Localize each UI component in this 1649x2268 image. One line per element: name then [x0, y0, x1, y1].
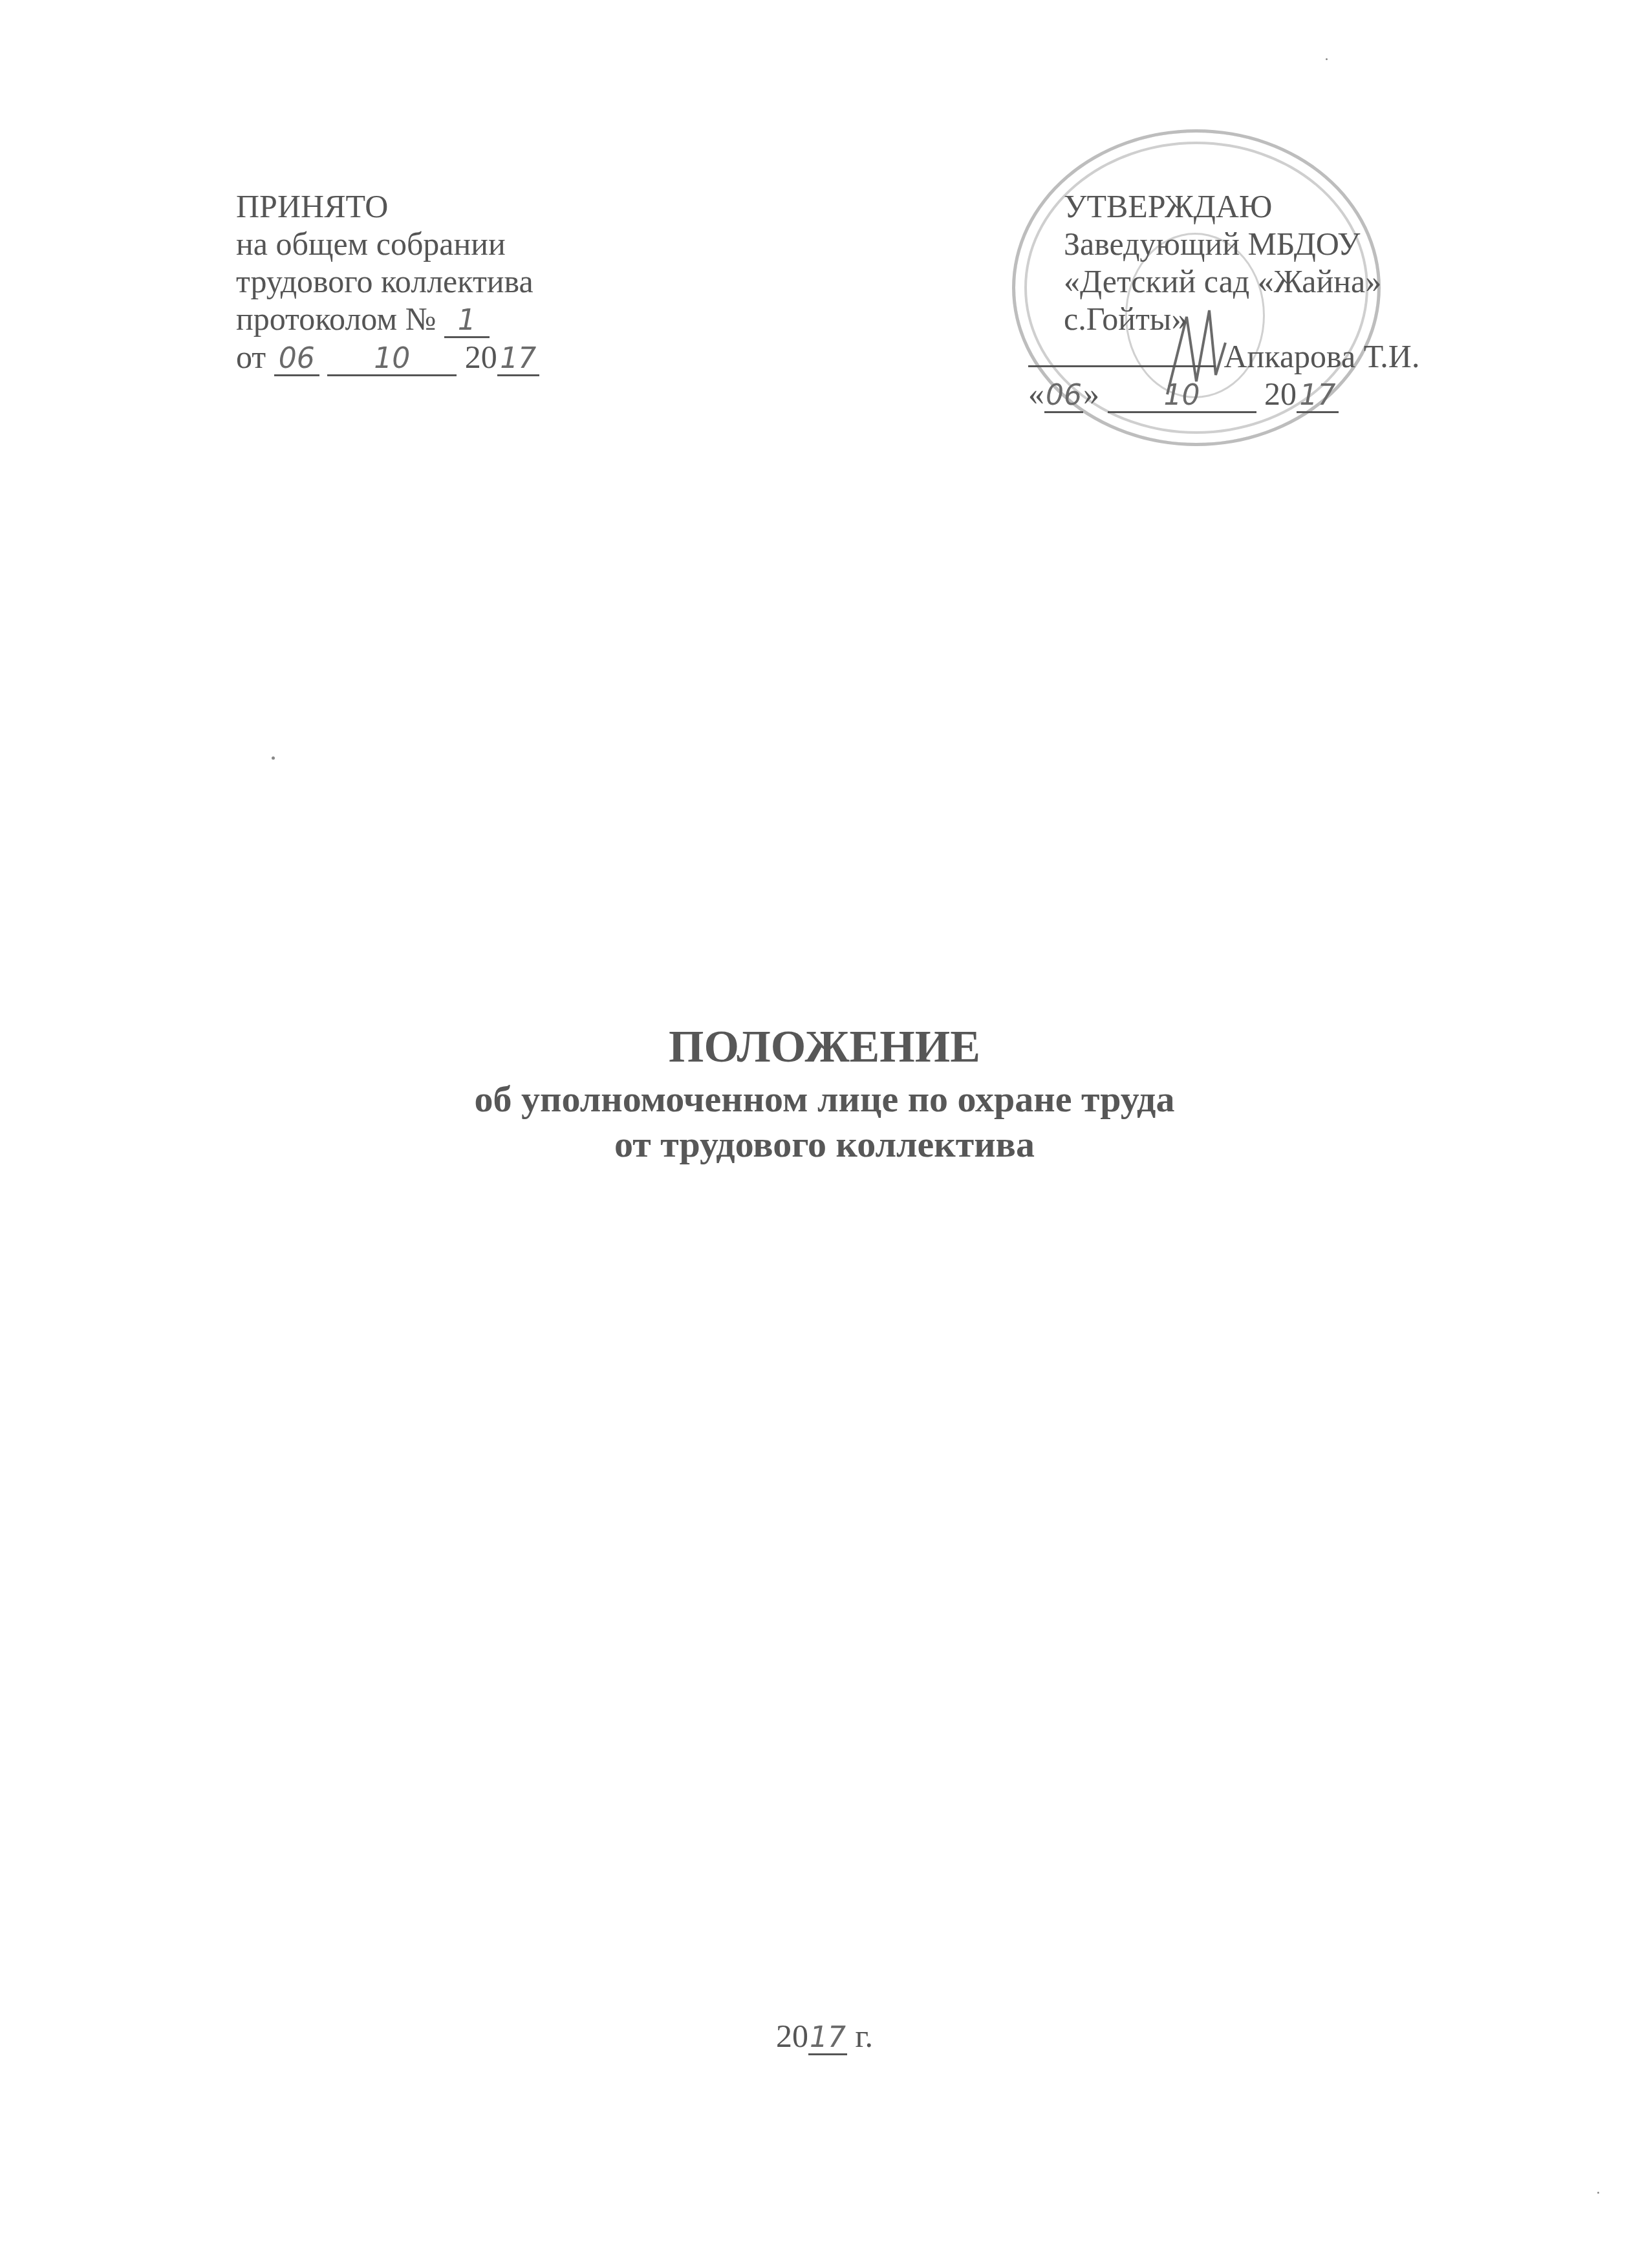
accepted-month: 10	[327, 343, 457, 376]
accepted-day: 06	[274, 343, 319, 376]
quote-open: «	[1028, 376, 1044, 412]
footer-suffix: г.	[856, 2018, 873, 2054]
accepted-year-suffix: 17	[497, 343, 539, 376]
approved-month: 10	[1108, 380, 1256, 413]
quote-close: »	[1083, 376, 1099, 412]
accepted-protocol: протоколом № 1	[236, 300, 539, 338]
protocol-label: протоколом №	[236, 301, 436, 337]
accepted-date: от 06 10 2017	[236, 338, 539, 376]
approved-year-suffix: 17	[1297, 380, 1339, 413]
approved-block: УТВЕРЖДАЮ Заведующий МБДОУ «Детский сад …	[1064, 187, 1419, 413]
footer-year-prefix: 20	[776, 2018, 808, 2054]
scan-speck	[1326, 58, 1328, 60]
date-prefix: от	[236, 339, 266, 375]
approved-position: Заведующий МБДОУ	[1064, 225, 1419, 262]
approved-signature-line: Апкарова Т.И.	[1028, 337, 1419, 375]
footer-year-suffix: 17	[808, 2022, 847, 2055]
document-title-block: ПОЛОЖЕНИЕ об уполномоченном лице по охра…	[0, 1018, 1649, 1167]
approved-village: с.Гойты»	[1064, 300, 1419, 337]
accepted-line-1: на общем собрании	[236, 225, 539, 262]
accepted-heading: ПРИНЯТО	[236, 187, 539, 225]
scan-speck	[1597, 2192, 1599, 2194]
approved-date: «06» 10 2017	[1028, 375, 1419, 413]
scan-speck	[272, 756, 275, 760]
approved-day: 06	[1044, 380, 1083, 413]
signer-name: Апкарова Т.И.	[1224, 338, 1420, 374]
approved-organization: «Детский сад «Жайна»	[1064, 262, 1419, 300]
accepted-block: ПРИНЯТО на общем собрании трудового колл…	[236, 187, 539, 376]
document-subtitle-line-1: об уполномоченном лице по охране труда	[0, 1076, 1649, 1122]
accepted-year-prefix: 20	[465, 339, 497, 375]
footer-year: 2017 г.	[0, 2017, 1649, 2055]
approved-year-prefix: 20	[1264, 376, 1297, 412]
approved-heading: УТВЕРЖДАЮ	[1064, 187, 1419, 225]
document-title: ПОЛОЖЕНИЕ	[0, 1018, 1649, 1076]
document-subtitle-line-2: от трудового коллектива	[0, 1122, 1649, 1167]
signature-blank	[1028, 365, 1216, 367]
protocol-number: 1	[444, 305, 490, 338]
accepted-line-2: трудового коллектива	[236, 262, 539, 300]
